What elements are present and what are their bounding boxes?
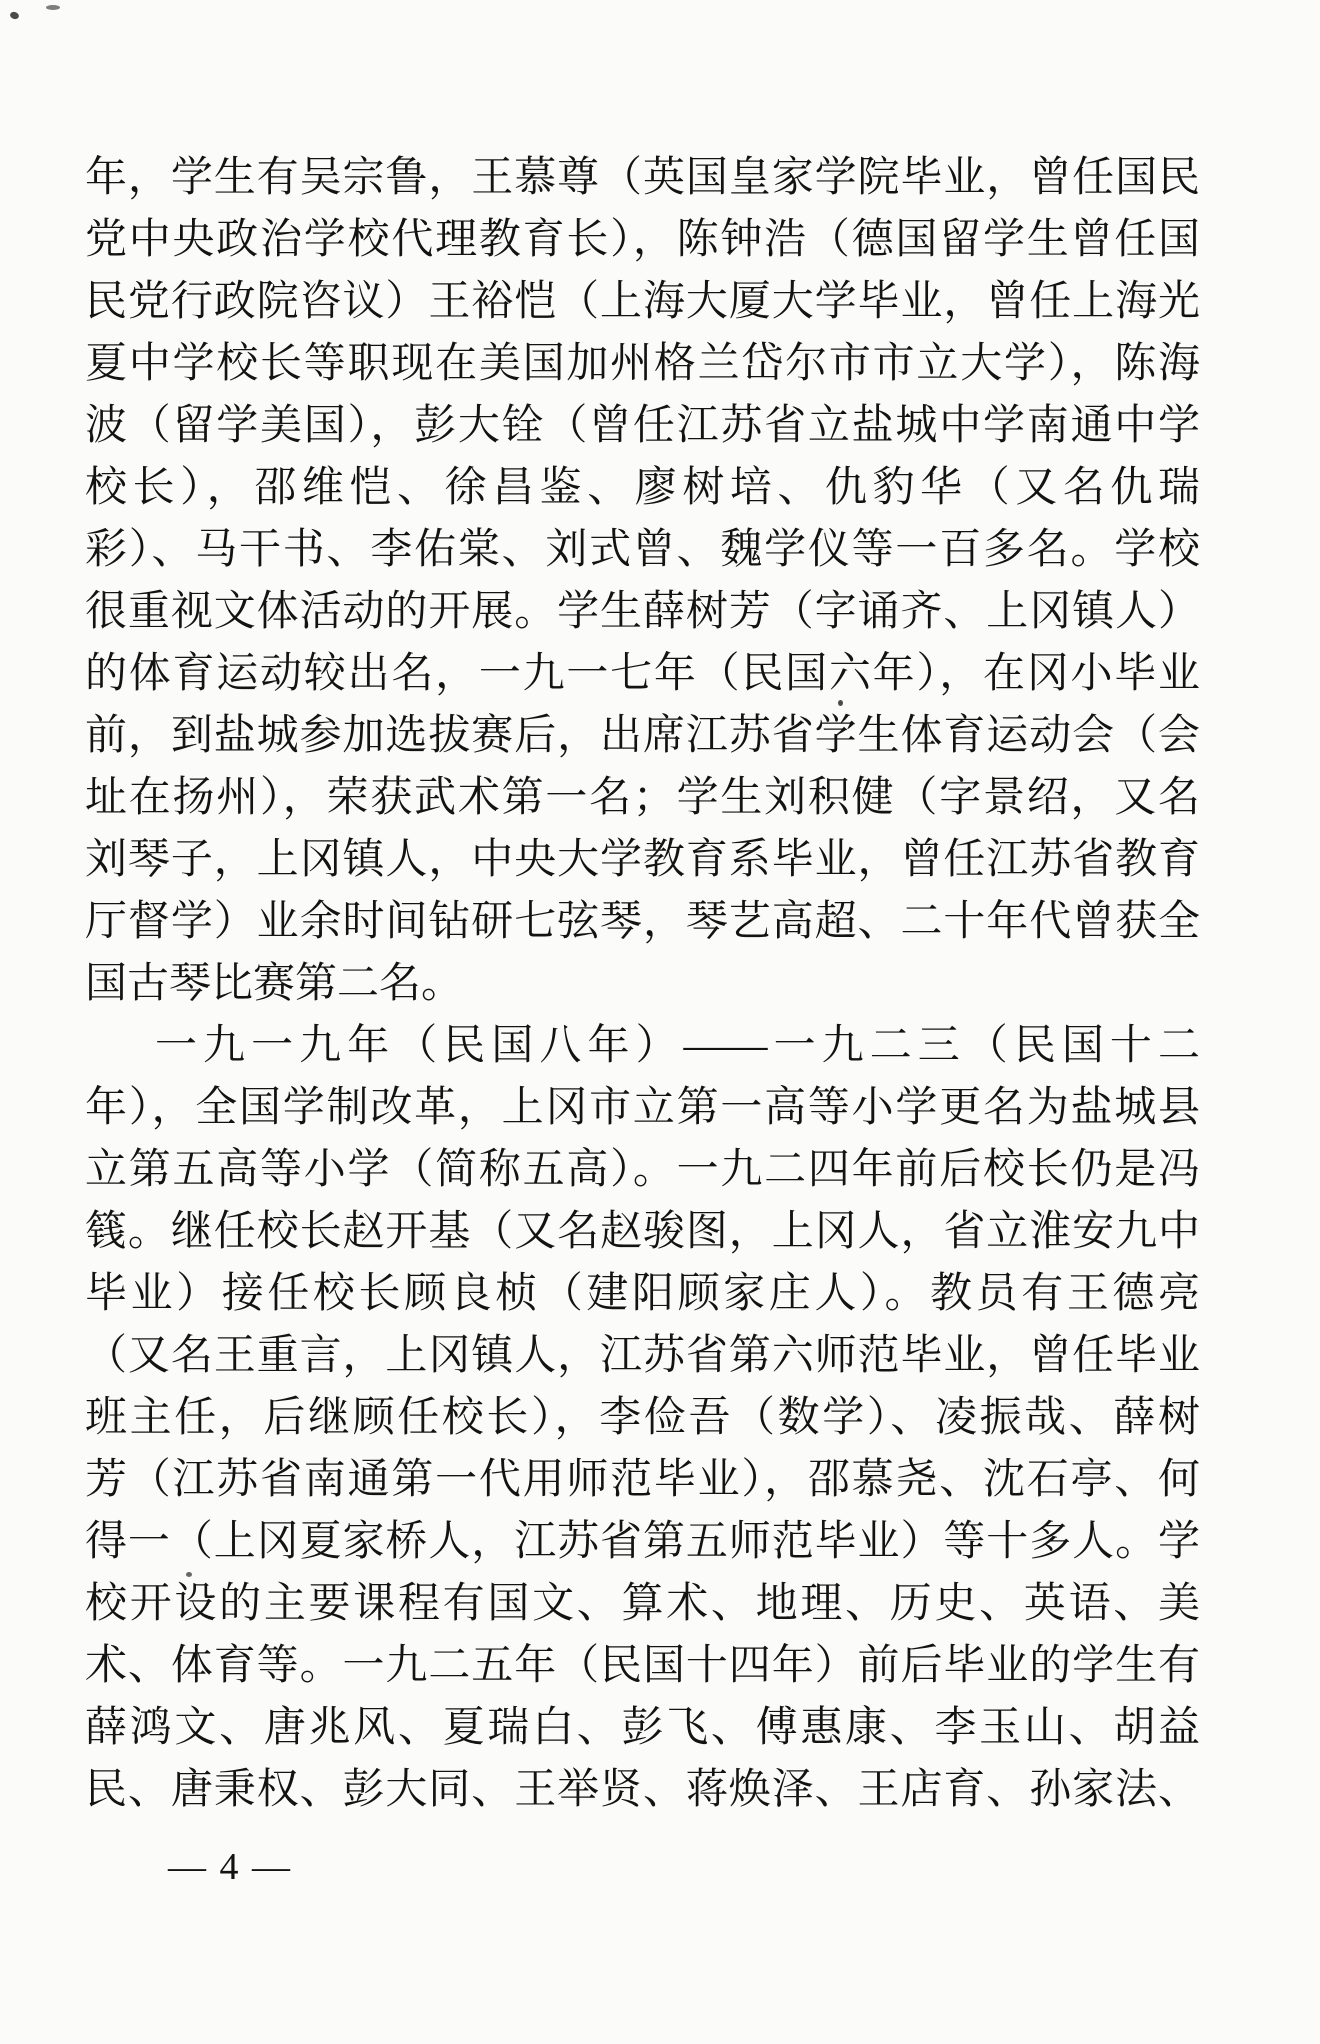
text-line: 薛鸿文、唐兆风、夏瑞白、彭飞、傅惠康、李玉山、胡益 <box>85 1697 1200 1759</box>
text-line: 的体育运动较出名，一九一七年（民国六年），在冈小毕业 <box>85 643 1200 705</box>
text-line: 刘琴子，上冈镇人，中央大学教育系毕业，曾任江苏省教育 <box>85 829 1200 891</box>
scanned-page: 年，学生有吴宗鲁，王慕尊（英国皇家学院毕业，曾任国民党中央政治学校代理教育长），… <box>0 0 1320 2044</box>
text-line: 党中央政治学校代理教育长），陈钟浩（德国留学生曾任国 <box>85 209 1200 271</box>
text-line: 得一（上冈夏家桥人，江苏省第五师范毕业）等十多人。学 <box>85 1511 1200 1573</box>
text-line: 国古琴比赛第二名。 <box>85 953 1200 1015</box>
text-line: 班主任，后继顾任校长），李俭吾（数学）、凌振哉、薛树 <box>85 1387 1200 1449</box>
text-line: 民党行政院咨议）王裕恺（上海大厦大学毕业，曾任上海光 <box>85 271 1200 333</box>
text-line: 彩）、马干书、李佑棠、刘式曾、魏学仪等一百多名。学校 <box>85 519 1200 581</box>
text-line: 很重视文体活动的开展。学生薛树芳（字诵齐、上冈镇人） <box>85 581 1200 643</box>
text-line: 芳（江苏省南通第一代用师范毕业），邵慕尧、沈石亭、何 <box>85 1449 1200 1511</box>
text-line: 民、唐秉权、彭大同、王举贤、蒋焕泽、王店育、孙家法、 <box>85 1759 1200 1821</box>
text-line: 前，到盐城参加选拔赛后，出席江苏省学生体育运动会（会 <box>85 705 1200 767</box>
text-line: 年，学生有吴宗鲁，王慕尊（英国皇家学院毕业，曾任国民 <box>85 147 1200 209</box>
body-text: 年，学生有吴宗鲁，王慕尊（英国皇家学院毕业，曾任国民党中央政治学校代理教育长），… <box>85 147 1200 1821</box>
text-line: 址在扬州），荣获武术第一名；学生刘积健（字景绍，又名 <box>85 767 1200 829</box>
text-line: 校长），邵维恺、徐昌鉴、廖树培、仇豹华（又名仇瑞 <box>85 457 1200 519</box>
text-line: 年），全国学制改革，上冈市立第一高等小学更名为盐城县 <box>85 1077 1200 1139</box>
text-line: 夏中学校长等职现在美国加州格兰岱尔市市立大学），陈海 <box>85 333 1200 395</box>
text-line: 厅督学）业余时间钻研七弦琴，琴艺高超、二十年代曾获全 <box>85 891 1200 953</box>
text-line: 校开设的主要课程有国文、算术、地理、历史、英语、美 <box>85 1573 1200 1635</box>
text-line: （又名王重言，上冈镇人，江苏省第六师范毕业，曾任毕业 <box>85 1325 1200 1387</box>
text-line: 波（留学美国），彭大铨（曾任江苏省立盐城中学南通中学 <box>85 395 1200 457</box>
text-line: 毕业）接任校长顾良桢（建阳顾家庄人）。教员有王德亮 <box>85 1263 1200 1325</box>
text-line: 篯。继任校长赵开基（又名赵骏图，上冈人，省立淮安九中 <box>85 1201 1200 1263</box>
text-line: 术、体育等。一九二五年（民国十四年）前后毕业的学生有 <box>85 1635 1200 1697</box>
scan-speck <box>46 5 60 10</box>
scan-speck <box>9 11 20 21</box>
text-line: 立第五高等小学（简称五高）。一九二四年前后校长仍是冯 <box>85 1139 1200 1201</box>
text-line: 一九一九年（民国八年）——一九二三（民国十二 <box>85 1015 1200 1077</box>
page-number: — 4 — <box>168 1845 292 1889</box>
